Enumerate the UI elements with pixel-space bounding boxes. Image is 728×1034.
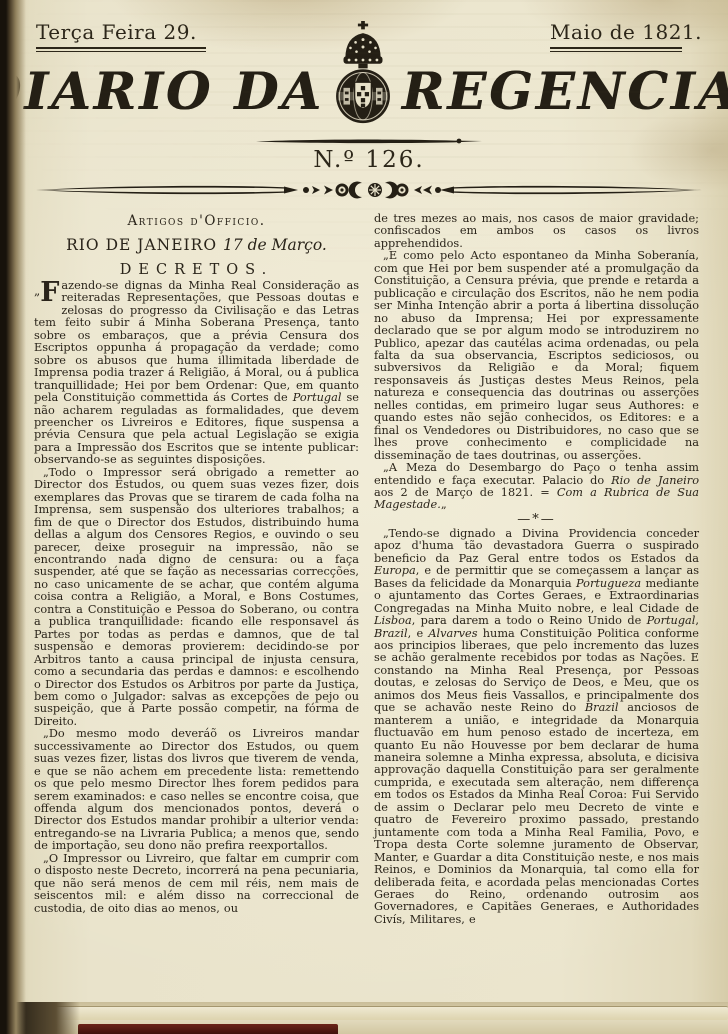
asterisk-divider: —*— (374, 513, 699, 527)
drop-cap: „F (34, 280, 59, 309)
royal-coat-of-arms-icon (330, 21, 396, 125)
right-column: de tres mezes ao mais, nos casos de maio… (374, 213, 699, 926)
page-bottom-edge (0, 1002, 728, 1034)
decree-paragraph-6: „E como pelo Acto espontaneo da Minha So… (374, 250, 699, 462)
masthead-title-right: REGENCIA. (402, 62, 728, 122)
weekday-date: Terça Feira 29. (36, 20, 206, 53)
ornamental-divider (34, 180, 704, 204)
ornamental-divider-icon (34, 180, 704, 200)
scanned-newspaper-page: Terça Feira 29. Maio de 1821. DIARIO DA (0, 0, 728, 1034)
book-cover-strip (78, 1024, 338, 1034)
issue-number: N.º 126. (34, 147, 704, 173)
second-decree-paragraph: „Tendo-se dignado a Divina Providencia c… (374, 528, 699, 927)
issue-rule (34, 137, 704, 145)
decree-paragraph-4: „O Impressor ou Livreiro, que faltar em … (34, 853, 359, 915)
tapered-rule-icon (254, 137, 484, 145)
masthead: DIARIO DA (34, 59, 704, 125)
weekday-date-text: Terça Feira 29. (36, 20, 206, 44)
under-sheet-edge (30, 1006, 728, 1020)
article-columns: Artigos d'Officio. RIO DE JANEIRO 17 de … (34, 213, 704, 926)
masthead-title-left: DIARIO DA (0, 62, 324, 122)
dateline-city: RIO DE JANEIRO (66, 236, 217, 254)
decree-closing: „A Meza do Desembargo do Paço o tenha as… (374, 462, 699, 512)
page-sheet: Terça Feira 29. Maio de 1821. DIARIO DA (0, 0, 728, 1006)
book-binding-edge (0, 0, 26, 1034)
decree-paragraph-1: „Fazendo-se dignas da Minha Real Conside… (34, 280, 359, 467)
dateline-date: 17 de Março. (223, 236, 327, 254)
decree-paragraph-2: „Todo o Impressor será obrigado a remett… (34, 467, 359, 729)
dateline: RIO DE JANEIRO 17 de Março. (34, 236, 359, 254)
month-year: Maio de 1821. (550, 20, 702, 53)
month-year-text: Maio de 1821. (550, 20, 702, 44)
section-heading: Artigos d'Officio. (34, 213, 359, 229)
left-column: Artigos d'Officio. RIO DE JANEIRO 17 de … (34, 213, 359, 926)
decree-paragraph-3: „Do mesmo modo deveráõ os Livreiros mand… (34, 728, 359, 853)
weekday-date-rule (36, 47, 206, 53)
month-year-rule (550, 47, 682, 53)
decree-heading: DECRETOS. (34, 262, 359, 278)
decree-paragraph-5: de tres mezes ao mais, nos casos de maio… (374, 213, 699, 250)
